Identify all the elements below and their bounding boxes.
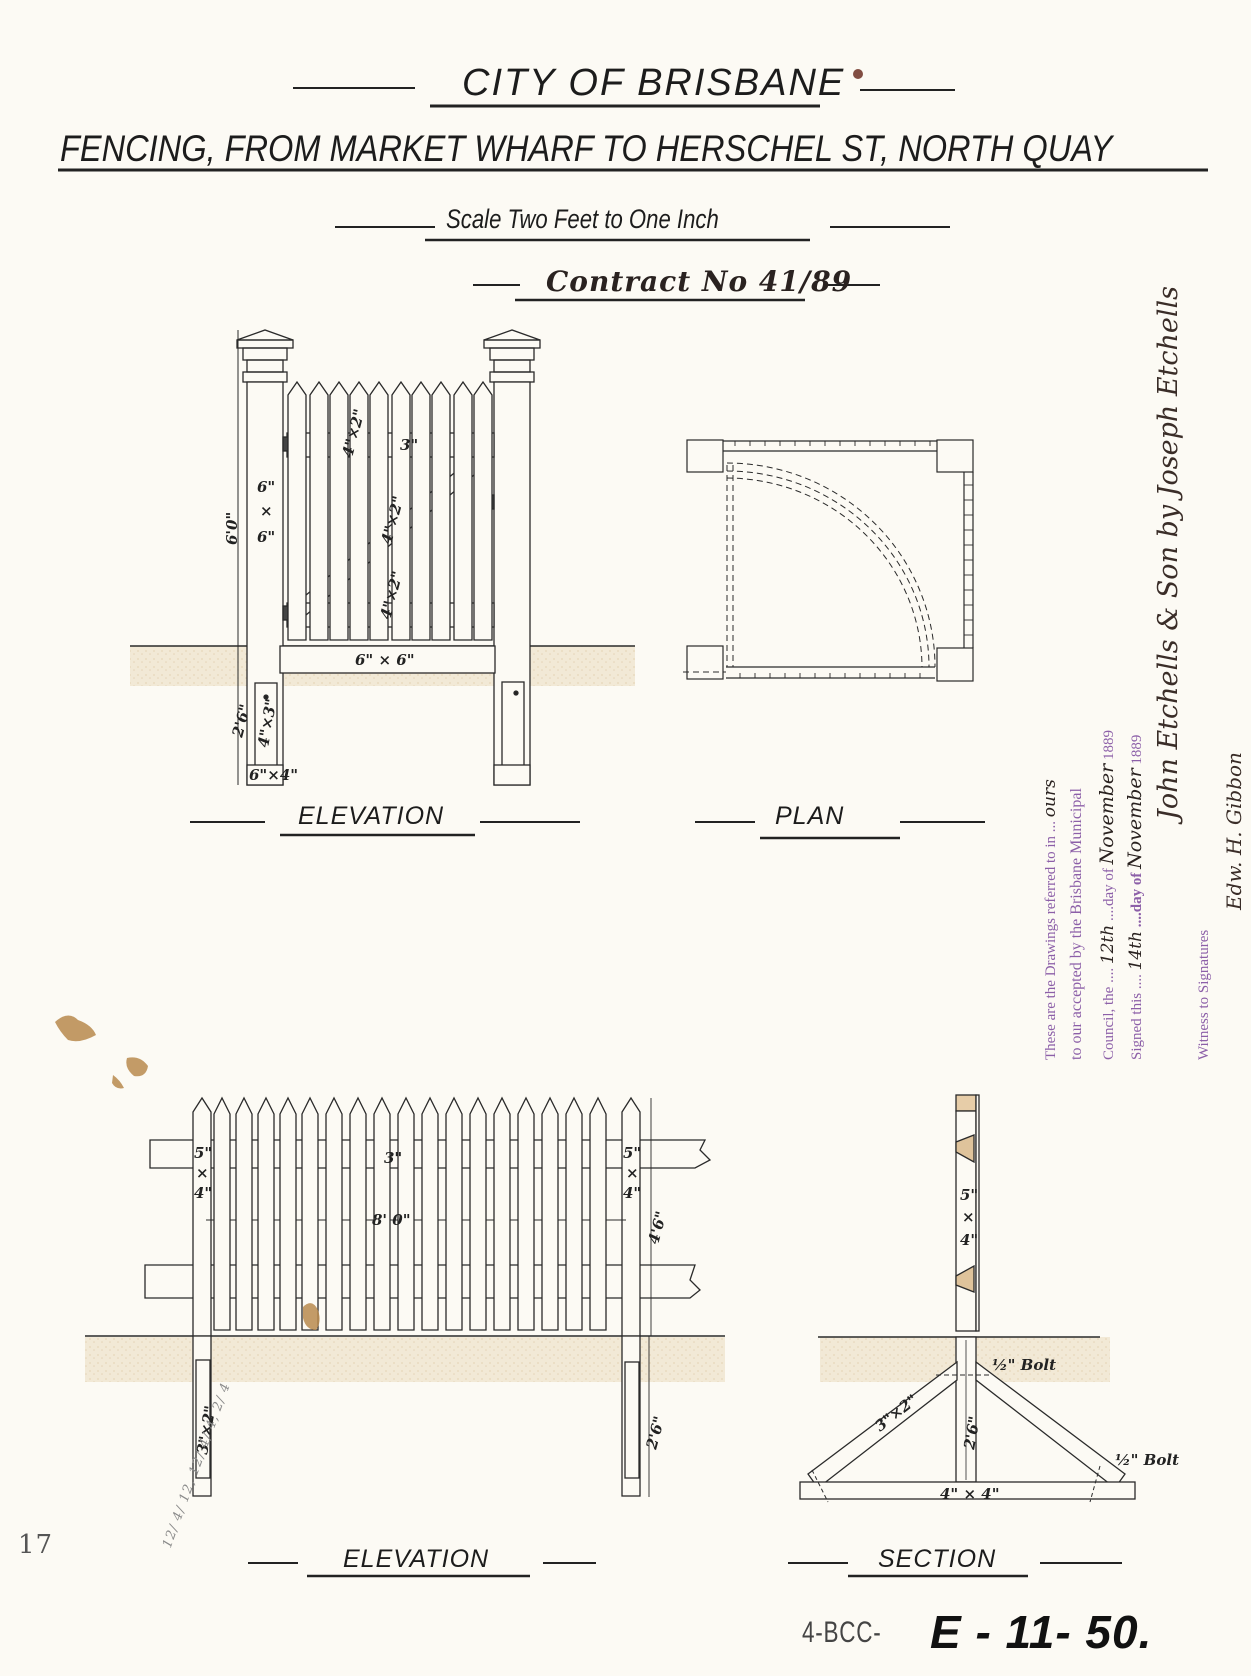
scale-note: Scale Two Feet to One Inch bbox=[446, 204, 719, 235]
dim-post-left-x: × bbox=[196, 1164, 209, 1182]
dim-post-left-d: 4" bbox=[194, 1184, 212, 1202]
dim-post-right-w: 5" bbox=[623, 1144, 641, 1162]
witness-label: Witness to Signatures bbox=[1196, 930, 1213, 1060]
plan-ticks bbox=[735, 441, 973, 678]
dim-picket: 3" bbox=[384, 1149, 402, 1167]
gate-plan-label: PLAN bbox=[775, 802, 844, 831]
dim-sole: 4" × 4" bbox=[940, 1485, 1000, 1503]
gate-plan bbox=[683, 440, 973, 681]
dim-post-left-w: 5" bbox=[194, 1144, 212, 1162]
stamp-line-3: Council, the .... 12th ....day of Novemb… bbox=[1096, 730, 1118, 1060]
dim-footing: 6"×4" bbox=[249, 766, 298, 784]
fence-elevation-label: ELEVATION bbox=[343, 1545, 489, 1574]
contract-number: Contract No 41/89 bbox=[546, 265, 852, 298]
dim-bolt-lower: ½" Bolt bbox=[1115, 1451, 1179, 1469]
technical-drawing: 6'0" 6" × 6" 4"×2" 3" 4"×2" 4"×2" 6" × 6… bbox=[0, 0, 1251, 1676]
dim-sill: 6" × 6" bbox=[355, 651, 415, 669]
catalog-number: E - 11- 50. bbox=[930, 1605, 1152, 1659]
contractor-signature: John Etchells & Son by Joseph Etchells bbox=[1153, 286, 1184, 820]
margin-number: 17 bbox=[18, 1530, 53, 1560]
dim-post-x: × bbox=[962, 1208, 975, 1226]
dim-height: 4'6" bbox=[644, 1209, 670, 1246]
drawing-sheet: 6'0" 6" × 6" 4"×2" 3" 4"×2" 4"×2" 6" × 6… bbox=[0, 0, 1251, 1676]
dim-depth: 2'6" bbox=[642, 1414, 668, 1452]
stamp-line-4: Signed this .... 14th ....day of Novembe… bbox=[1124, 735, 1146, 1060]
witness-signature: Edw. H. Gibbon bbox=[1222, 752, 1246, 910]
dim-post-w: 6" bbox=[257, 478, 275, 496]
stamp-line-1: These are the Drawings referred to in ..… bbox=[1040, 779, 1060, 1060]
dim-height: 6'0" bbox=[223, 512, 241, 545]
catalog-prefix: 4-BCC- bbox=[802, 1616, 882, 1650]
dim-post-x: × bbox=[260, 502, 273, 520]
dim-post-d: 4" bbox=[960, 1231, 978, 1249]
dim-bolt-upper: ½" Bolt bbox=[992, 1356, 1056, 1374]
fence-section-label: SECTION bbox=[878, 1545, 996, 1574]
dim-span: 8' 0" bbox=[372, 1211, 411, 1229]
sheet-title: CITY OF BRISBANE bbox=[462, 62, 845, 105]
gate-elevation-label: ELEVATION bbox=[298, 802, 444, 831]
dim-picket: 3" bbox=[400, 436, 418, 454]
sheet-subtitle: FENCING, FROM MARKET WHARF TO HERSCHEL S… bbox=[60, 128, 1112, 170]
dim-post-d: 6" bbox=[257, 528, 275, 546]
dim-post-right-d: 4" bbox=[623, 1184, 641, 1202]
dim-post-w: 5" bbox=[960, 1186, 978, 1204]
dim-post-right-x: × bbox=[626, 1164, 639, 1182]
stamp-line-2: to our accepted by the Brisbane Municipa… bbox=[1068, 788, 1086, 1060]
